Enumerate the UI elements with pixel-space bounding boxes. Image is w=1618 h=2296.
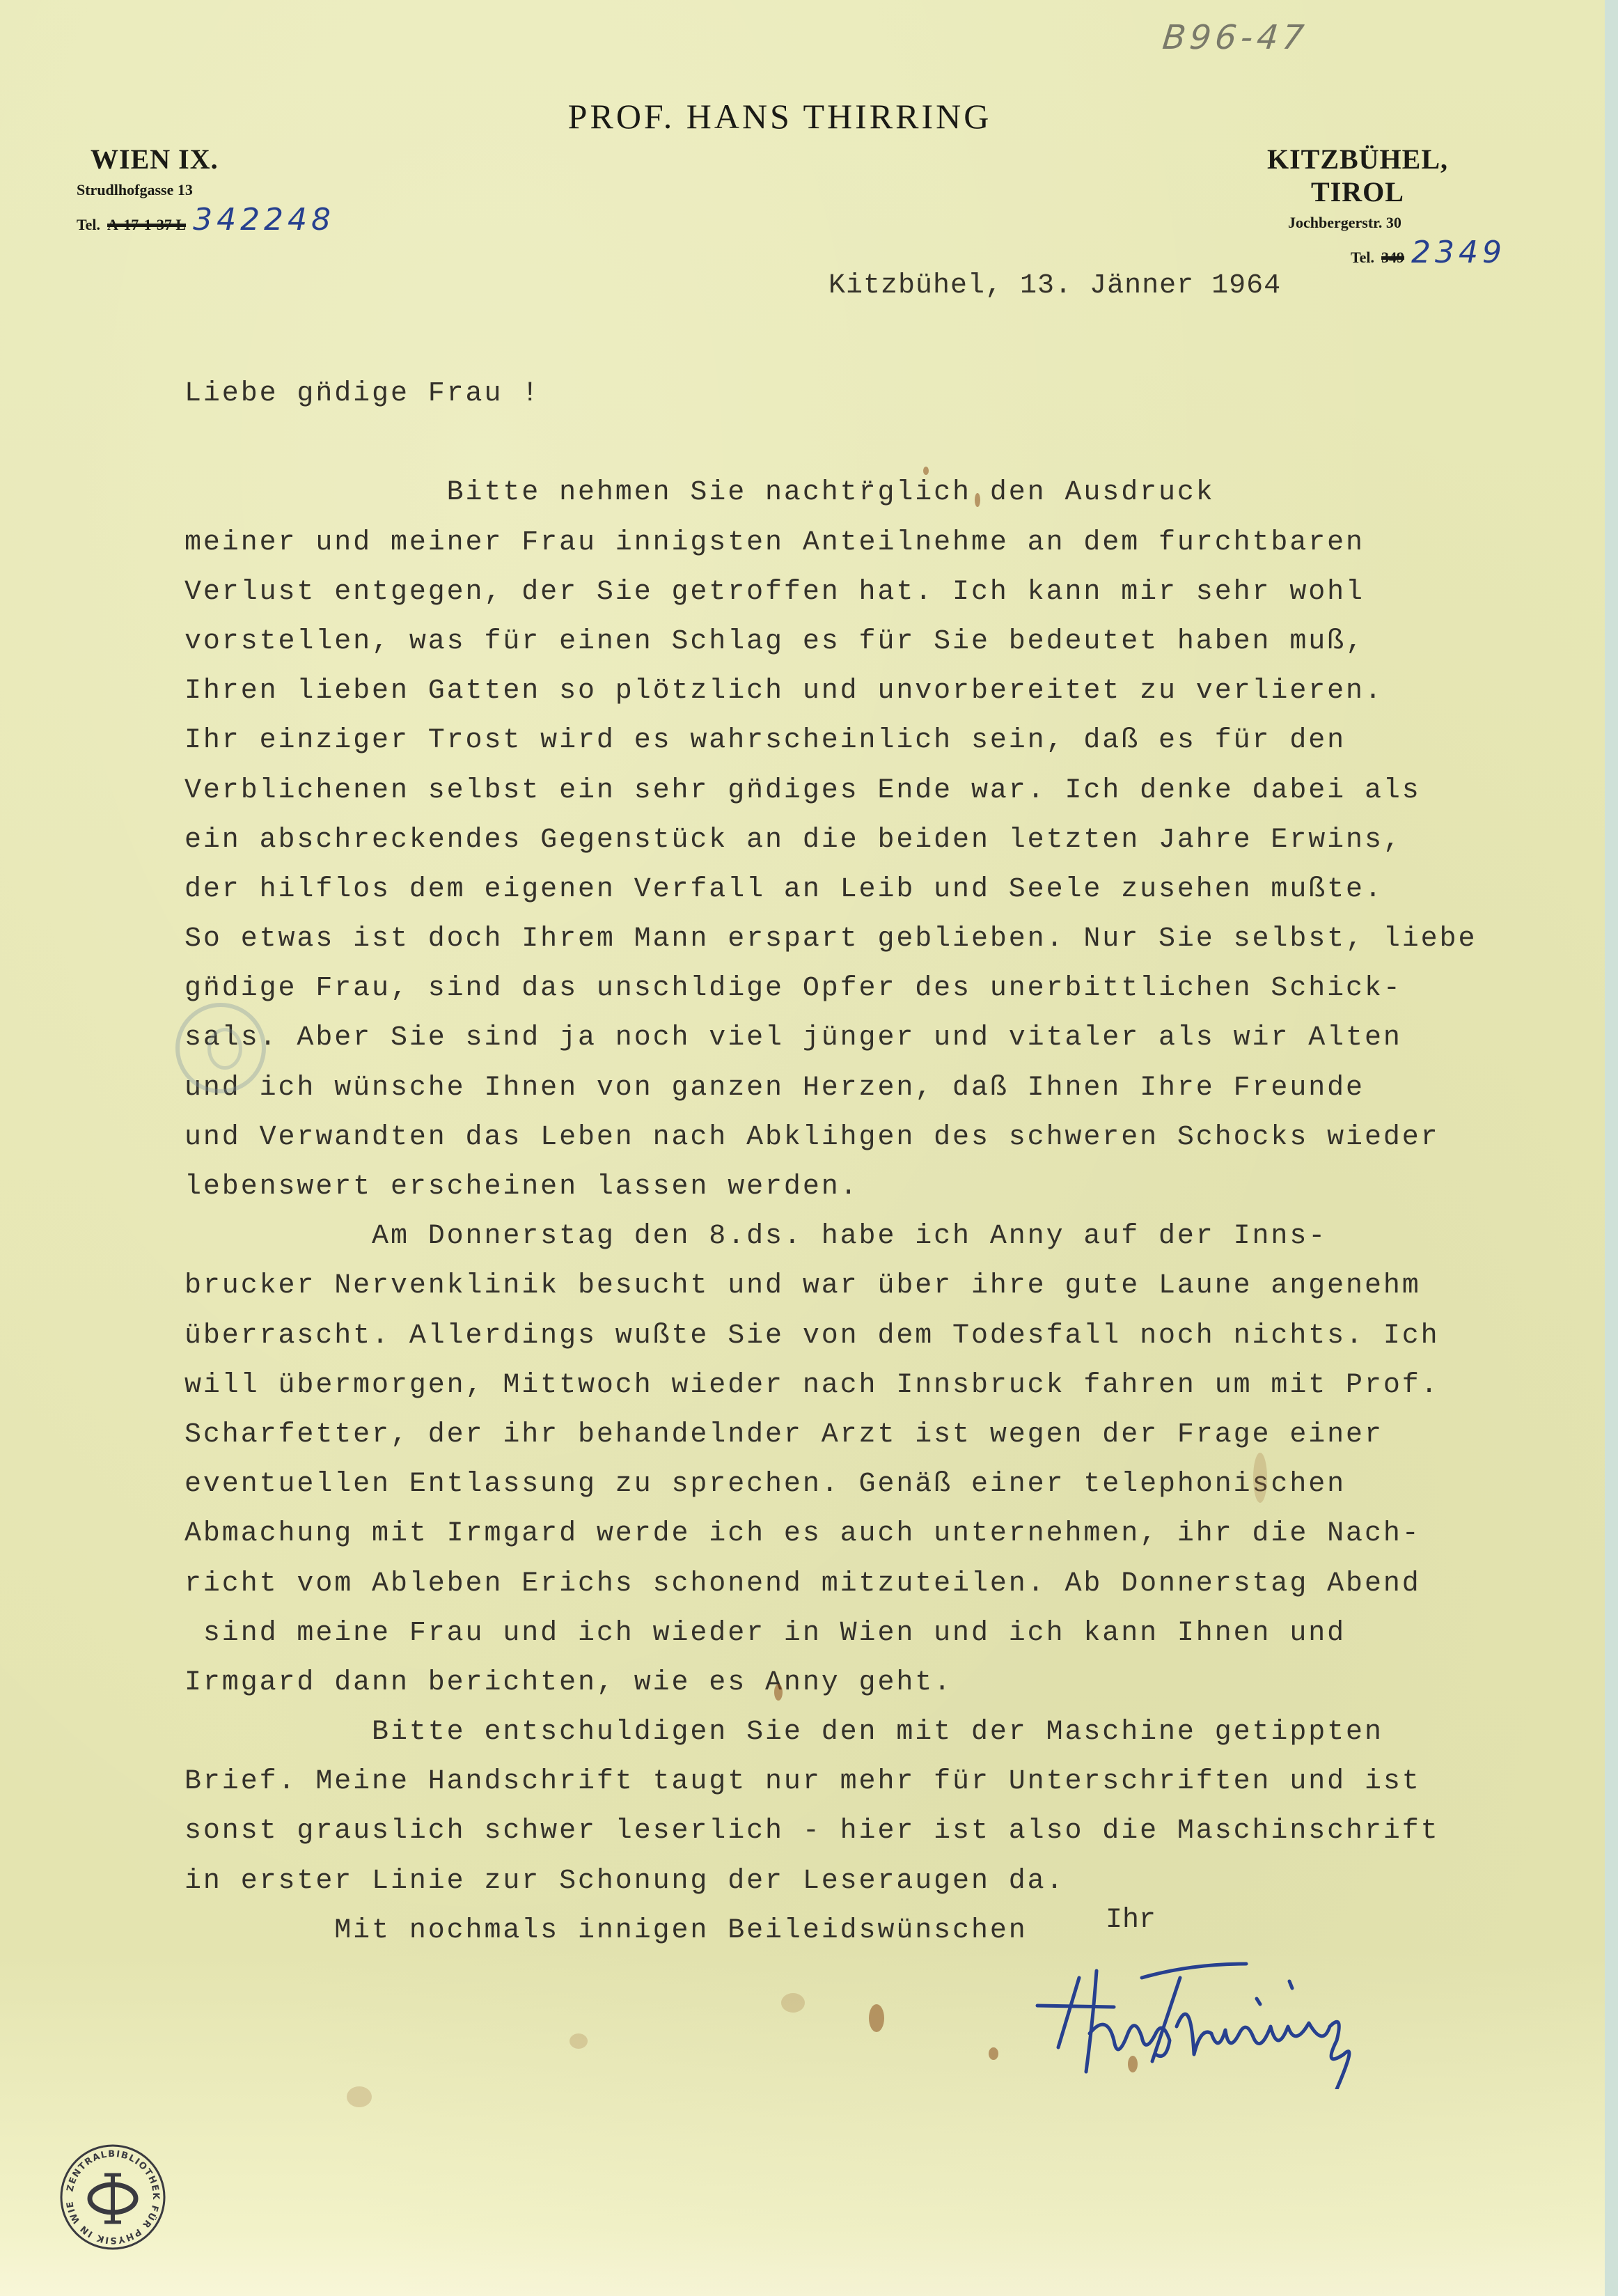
address-kitzbuehel: KITZBÜHEL, TIROL Jochbergerstr. 30 Tel. … xyxy=(1218,143,1497,270)
letter-line: brucker Nervenklinik besucht und war übe… xyxy=(184,1261,1577,1311)
letter-line: richt vom Ableben Erichs schonend mitzut… xyxy=(184,1559,1577,1609)
letter-line: Liebe gn̈dige Frau ! xyxy=(184,369,1577,419)
letter-line: eventuellen Entlassung zu sprechen. Genä… xyxy=(184,1460,1577,1509)
address-street: Jochbergerstr. 30 xyxy=(1218,214,1497,232)
tel-handwritten-number: 342248 xyxy=(193,202,335,237)
letter-body: Liebe gn̈dige Frau ! Bitte nehmen Sie na… xyxy=(184,369,1577,1955)
ink-stain xyxy=(923,467,929,475)
letter-line: Ihr einziger Trost wird es wahrscheinlic… xyxy=(184,716,1577,765)
letterhead-name: PROF. HANS THIRRING xyxy=(0,96,1560,136)
letter-line: lebenswert erscheinen lassen werden. xyxy=(184,1162,1577,1212)
ink-stain xyxy=(869,2004,884,2032)
address-vienna: WIEN IX. Strudlhofgasse 13 Tel. A-17-1-3… xyxy=(77,143,335,237)
ink-stain xyxy=(781,1993,805,2013)
letter-line: Bitte nehmen Sie nachtr̈glich den Ausdru… xyxy=(184,468,1577,517)
letter-line: Irmgard dann berichten, wie es Anny geht… xyxy=(184,1658,1577,1708)
letter-line: sind meine Frau und ich wieder in Wien u… xyxy=(184,1609,1577,1658)
letter-line: und ich wünsche Ihnen von ganzen Herzen,… xyxy=(184,1063,1577,1113)
letter-line: Mit nochmals innigen Beileidswünschen xyxy=(184,1906,1577,1955)
address-telephone: Tel. A-17-1-37 L 342248 xyxy=(77,202,335,237)
tel-label: Tel. xyxy=(1351,249,1374,267)
letter-line: sals. Aber Sie sind ja noch viel jünger … xyxy=(184,1013,1577,1063)
letter-line: überrascht. Allerdings wußte Sie von dem… xyxy=(184,1311,1577,1361)
address-city: KITZBÜHEL, TIROL xyxy=(1218,143,1497,208)
tel-struck-number: 349 xyxy=(1381,249,1404,267)
address-street: Strudlhofgasse 13 xyxy=(77,181,335,199)
letter-line: Am Donnerstag den 8.ds. habe ich Anny au… xyxy=(184,1212,1577,1261)
closing-word: Ihr xyxy=(1106,1905,1156,1936)
ink-stain xyxy=(570,2033,588,2049)
letter-line: der hilflos dem eigenen Verfall an Leib … xyxy=(184,865,1577,914)
letter-line: Ihren lieben Gatten so plötzlich und unv… xyxy=(184,666,1577,716)
letter-line: Scharfetter, der ihr behandelnder Arzt i… xyxy=(184,1410,1577,1460)
tel-struck-number: A-17-1-37 L xyxy=(107,216,186,234)
letter-line: Brief. Meine Handschrift taugt nur mehr … xyxy=(184,1757,1577,1806)
letter-line: Verblichenen selbst ein sehr gn̈diges En… xyxy=(184,766,1577,815)
letter-line: Abmachung mit Irmgard werde ich es auch … xyxy=(184,1509,1577,1559)
letter-line: Verlust entgegen, der Sie getroffen hat.… xyxy=(184,568,1577,617)
letter-line: gn̈dige Frau, sind das unschldige Opfer … xyxy=(184,964,1577,1013)
letter-line: ein abschreckendes Gegenstück an die bei… xyxy=(184,815,1577,865)
date-line: Kitzbühel, 13. Jänner 1964 xyxy=(828,270,1281,302)
letter-line: meiner und meiner Frau innigsten Anteiln… xyxy=(184,518,1577,568)
letter-line: will übermorgen, Mittwoch wieder nach In… xyxy=(184,1361,1577,1410)
letter-line: vorstellen, was für einen Schlag es für … xyxy=(184,617,1577,666)
tel-label: Tel. xyxy=(77,216,100,234)
library-stamp: ZENTRALBIBLIOTHEK FÜR PHYSIK IN WIEN xyxy=(57,2141,168,2253)
ink-stain xyxy=(1128,2056,1138,2072)
tel-handwritten-number: 2349 xyxy=(1411,235,1506,270)
ink-stain xyxy=(989,2047,998,2060)
letter-line: So etwas ist doch Ihrem Mann erspart geb… xyxy=(184,914,1577,964)
handwritten-signature xyxy=(1030,1950,1476,2089)
ink-stain xyxy=(347,2086,372,2107)
ink-stain xyxy=(975,493,980,507)
phi-stamp-icon: ZENTRALBIBLIOTHEK FÜR PHYSIK IN WIEN xyxy=(57,2141,168,2253)
address-city: WIEN IX. xyxy=(91,143,335,175)
ink-stain xyxy=(1253,1453,1267,1503)
letter-line: Bitte entschuldigen Sie den mit der Masc… xyxy=(184,1708,1577,1757)
faint-circular-stamp xyxy=(175,1003,266,1093)
archive-reference-note: B96-47 xyxy=(1161,18,1310,57)
letter-line xyxy=(184,419,1577,468)
letter-line: sonst grauslich schwer leserlich - hier … xyxy=(184,1806,1577,1856)
letter-page: B96-47 PROF. HANS THIRRING WIEN IX. Stru… xyxy=(0,0,1605,2296)
letter-line: und Verwandten das Leben nach Abklihgen … xyxy=(184,1113,1577,1162)
letter-line: in erster Linie zur Schonung der Leserau… xyxy=(184,1857,1577,1906)
address-telephone: Tel. 349 2349 xyxy=(1218,235,1497,270)
signature-icon xyxy=(1030,1950,1476,2089)
ink-stain xyxy=(774,1684,783,1701)
